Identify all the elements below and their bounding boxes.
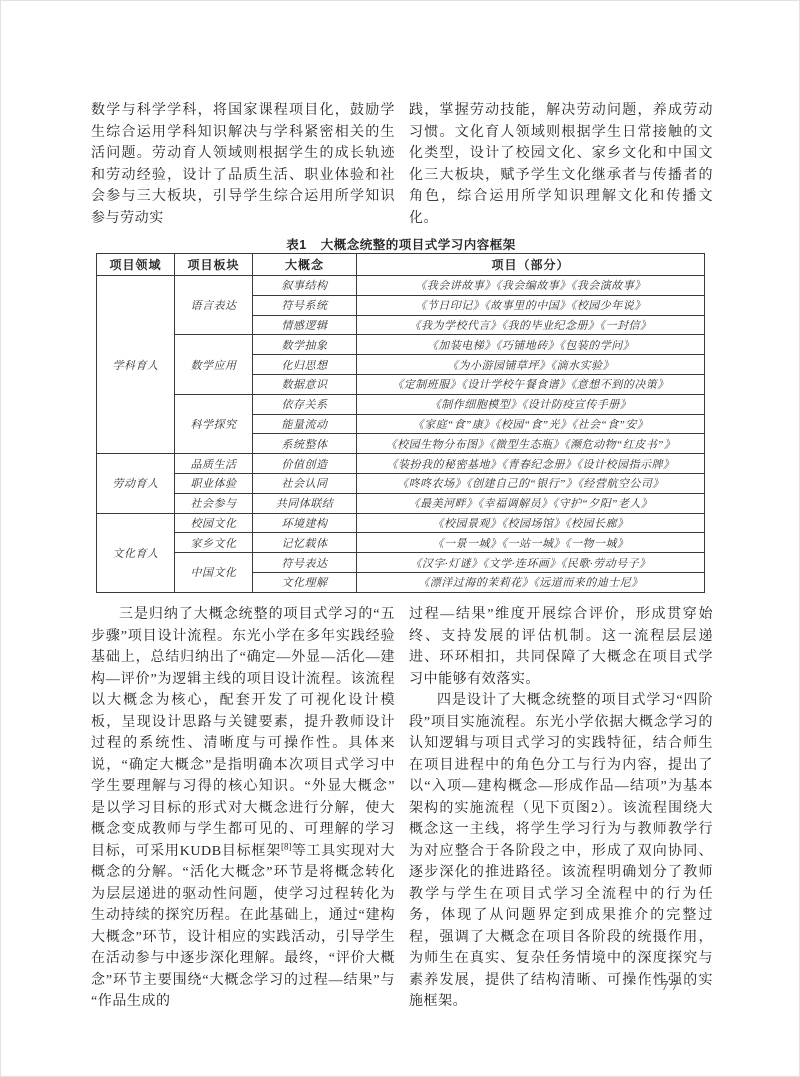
paragraph-continuation: 过程—结果”维度开展综合评价，形成贯穿始终、支持发展的评估机制。这一流程层层递进… [409,604,713,690]
concept-cell: 符号表达 [253,553,357,573]
domain-cell: 劳动育人 [97,454,175,513]
header-concept: 大概念 [253,254,357,276]
table-body: 学科育人语言表达叙事结构《我会讲故事》《我会编故事》《我会演故事》符号系统《节日… [97,276,705,593]
board-cell: 数学应用 [175,335,253,394]
intro-section: 数学与科学学科，将国家课程项目化，鼓励学生综合运用学科知识解决与学科紧密相关的生… [91,100,713,229]
paragraph-continuation: 践，掌握劳动技能，解决劳动问题，养成劳动习惯。文化育人领域则根据学生日常接触的文… [409,100,713,229]
board-cell: 品质生活 [175,454,253,474]
projects-cell: 《我为学校代言》《我的毕业纪念册》《一封信》 [357,315,705,335]
projects-cell: 《家庭“食”康》《校园“食”光》《社会“食”安》 [357,414,705,434]
concept-cell: 社会认同 [253,473,357,493]
domain-cell: 学科育人 [97,276,175,454]
table-row: 社会参与共同体联结《最美河畔》《幸福调解员》《守护“夕阳”老人》 [97,493,705,513]
table-caption-title: 大概念统整的项目式学习内容框架 [321,238,516,252]
domain-cell: 文化育人 [97,513,175,592]
table-row: 学科育人语言表达叙事结构《我会讲故事》《我会编故事》《我会演故事》 [97,276,705,296]
projects-cell: 《我会讲故事》《我会编故事》《我会演故事》 [357,276,705,296]
bottom-right-column: 过程—结果”维度开展综合评价，形成贯穿始终、支持发展的评估机制。这一流程层层递进… [409,604,713,1013]
projects-cell: 《校园景观》《校园场馆》《校园长廊》 [357,513,705,533]
concept-cell: 价值创造 [253,454,357,474]
table-caption-label: 表1 [286,238,306,252]
projects-cell: 《制作细胞模型》《设计防疫宣传手册》 [357,394,705,414]
projects-cell: 《咚咚农场》《创建自己的“银行”》《经营航空公司》 [357,473,705,493]
projects-cell: 《装扮我的秘密基地》《青春纪念册》《设计校园指示牌》 [357,454,705,474]
table-row: 职业体验社会认同《咚咚农场》《创建自己的“银行”》《经营航空公司》 [97,473,705,493]
paragraph-text: 等工具实现对大概念的分解。“活化大概念”环节是将概念转化为层层递进的驱动性问题，… [91,844,395,1010]
page-number: · 77 · [648,978,695,994]
document-page: 数学与科学学科，将国家课程项目化，鼓励学生综合运用学科知识解决与学科紧密相关的生… [0,0,800,1077]
paragraph-text: 三是归纳了大概念统整的项目式学习的“五步骤”项目设计流程。东光小学在多年实践经验… [91,607,395,859]
concept-cell: 叙事结构 [253,276,357,296]
board-cell: 家乡文化 [175,533,253,553]
bottom-left-column: 三是归纳了大概念统整的项目式学习的“五步骤”项目设计流程。东光小学在多年实践经验… [91,604,395,1013]
paragraph-four-stage: 四是设计了大概念统整的项目式学习“四阶段”项目实施流程。东光小学依据大概念学习的… [409,690,713,1013]
board-cell: 科学探究 [175,394,253,453]
board-cell: 校园文化 [175,513,253,533]
table-header-row: 项目领域 项目板块 大概念 项目（部分） [97,254,705,276]
projects-cell: 《加装电梯》《巧铺地砖》《包装的学问》 [357,335,705,355]
concept-cell: 符号系统 [253,295,357,315]
table-row: 科学探究依存关系《制作细胞模型》《设计防疫宣传手册》 [97,394,705,414]
board-cell: 中国文化 [175,553,253,593]
discussion-section: 三是归纳了大概念统整的项目式学习的“五步骤”项目设计流程。东光小学在多年实践经验… [91,604,713,1013]
concept-cell: 化归思想 [253,355,357,375]
table-row: 中国文化符号表达《汉字·灯谜》《文学·连环画》《民歌·劳动号子》 [97,553,705,573]
header-projects: 项目（部分） [357,254,705,276]
content-framework-table: 项目领域 项目板块 大概念 项目（部分） 学科育人语言表达叙事结构《我会讲故事》… [96,253,705,593]
board-cell: 职业体验 [175,473,253,493]
top-right-column: 践，掌握劳动技能，解决劳动问题，养成劳动习惯。文化育人领域则根据学生日常接触的文… [409,100,713,229]
concept-cell: 环境建构 [253,513,357,533]
concept-cell: 记忆载体 [253,533,357,553]
projects-cell: 《定制班服》《设计学校午餐食谱》《意想不到的决策》 [357,374,705,394]
projects-cell: 《为小游园铺草坪》《滴水实验》 [357,355,705,375]
table-row: 数学应用数学抽象《加装电梯》《巧铺地砖》《包装的学问》 [97,335,705,355]
concept-cell: 数据意识 [253,374,357,394]
table-row: 文化育人校园文化环境建构《校园景观》《校园场馆》《校园长廊》 [97,513,705,533]
table-row: 家乡文化记忆载体《一景一城》《一站一城》《一物一城》 [97,533,705,553]
projects-cell: 《一景一城》《一站一城》《一物一城》 [357,533,705,553]
concept-cell: 共同体联结 [253,493,357,513]
table-header: 项目领域 项目板块 大概念 项目（部分） [97,254,705,276]
board-cell: 社会参与 [175,493,253,513]
citation-marker: [8] [281,841,292,851]
concept-cell: 能量流动 [253,414,357,434]
projects-cell: 《漂洋过海的茉莉花》《远道而来的迪士尼》 [357,572,705,592]
table-caption: 表1大概念统整的项目式学习内容框架 [1,235,800,253]
top-left-column: 数学与科学学科，将国家课程项目化，鼓励学生综合运用学科知识解决与学科紧密相关的生… [91,100,395,229]
concept-cell: 依存关系 [253,394,357,414]
concept-cell: 系统整体 [253,434,357,454]
header-board: 项目板块 [175,254,253,276]
paragraph-continuation: 数学与科学学科，将国家课程项目化，鼓励学生综合运用学科知识解决与学科紧密相关的生… [91,100,395,229]
concept-cell: 文化理解 [253,572,357,592]
paragraph-step-five: 三是归纳了大概念统整的项目式学习的“五步骤”项目设计流程。东光小学在多年实践经验… [91,604,395,1013]
projects-cell: 《校园生物分布图》《微型生态瓶》《濒危动物“红皮书”》 [357,434,705,454]
projects-cell: 《汉字·灯谜》《文学·连环画》《民歌·劳动号子》 [357,553,705,573]
table-row: 劳动育人品质生活价值创造《装扮我的秘密基地》《青春纪念册》《设计校园指示牌》 [97,454,705,474]
board-cell: 语言表达 [175,276,253,335]
projects-cell: 《最美河畔》《幸福调解员》《守护“夕阳”老人》 [357,493,705,513]
concept-cell: 情感逻辑 [253,315,357,335]
header-domain: 项目领域 [97,254,175,276]
concept-cell: 数学抽象 [253,335,357,355]
projects-cell: 《节日印记》《故事里的中国》《校园少年说》 [357,295,705,315]
